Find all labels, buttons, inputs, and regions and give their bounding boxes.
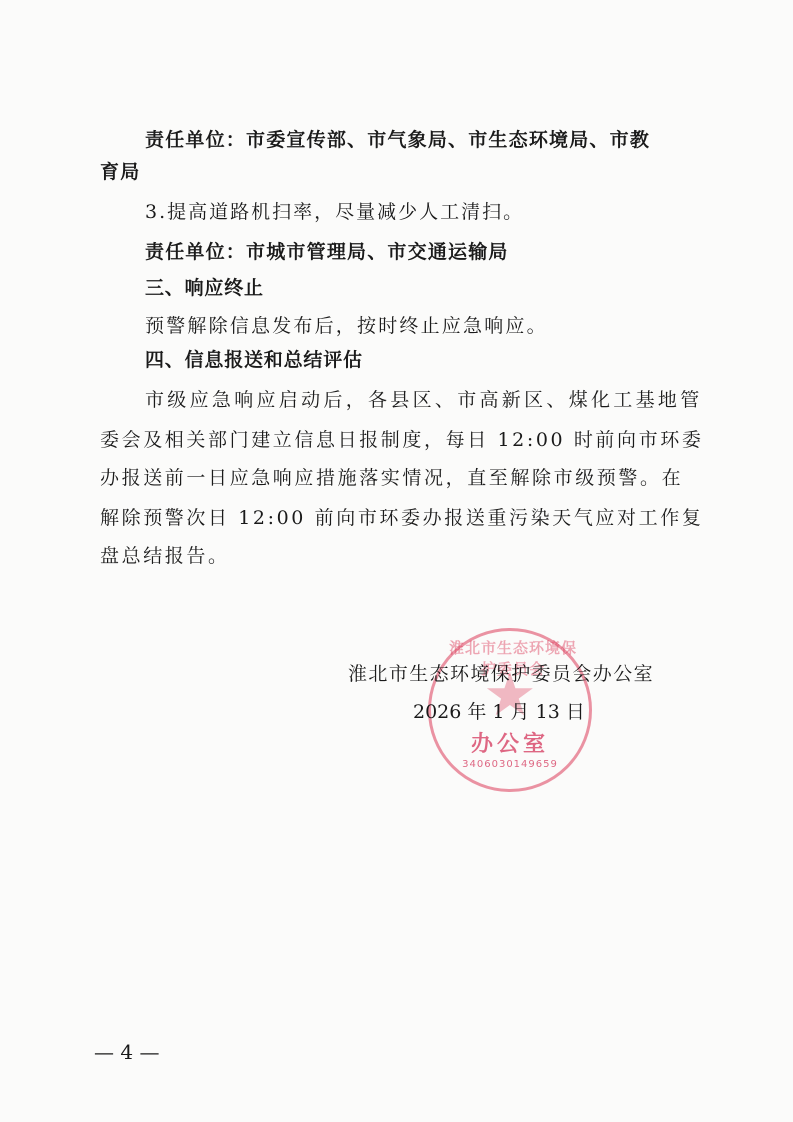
reporting-line-2: 委会及相关部门建立信息日报制度，每日 12:00 时前向市环委: [100, 428, 703, 452]
reporting-line-1: 市级应急响应启动后，各县区、市高新区、煤化工基地管: [145, 388, 703, 412]
seal-code: 3406030149659: [431, 759, 589, 770]
signing-organization: 淮北市生态环境保护委员会办公室: [348, 662, 654, 686]
responsible-units-text: 市委宣传部、市气象局、市生态环境局、市教: [246, 129, 650, 151]
reporting-line-4: 解除预警次日 12:00 前向市环委办报送重污染天气应对工作复: [100, 506, 703, 530]
seal-center-text: 办公室: [431, 727, 589, 758]
termination-text: 预警解除信息发布后，按时终止应急响应。: [145, 314, 548, 338]
signing-date: 2026 年 1 月 13 日: [413, 700, 585, 724]
section-heading-reporting: 四、信息报送和总结评估: [145, 348, 363, 372]
responsible-units-1: 责任单位：市委宣传部、市气象局、市生态环境局、市教: [145, 128, 650, 152]
responsible-units-text: 市城市管理局、市交通运输局: [246, 241, 509, 263]
page-number: — 4 —: [94, 1040, 159, 1064]
section-heading-response-termination: 三、响应终止: [145, 276, 264, 300]
responsible-label: 责任单位：: [145, 241, 246, 263]
responsible-units-1-cont: 育局: [100, 160, 140, 184]
reporting-line-5: 盘总结报告。: [100, 544, 230, 568]
measure-3: 3.提高道路机扫率，尽量减少人工清扫。: [145, 200, 524, 224]
reporting-line-3: 办报送前一日应急响应措施落实情况，直至解除市级预警。在: [100, 466, 683, 490]
responsible-units-2: 责任单位：市城市管理局、市交通运输局: [145, 240, 509, 264]
responsible-label: 责任单位：: [145, 129, 246, 151]
